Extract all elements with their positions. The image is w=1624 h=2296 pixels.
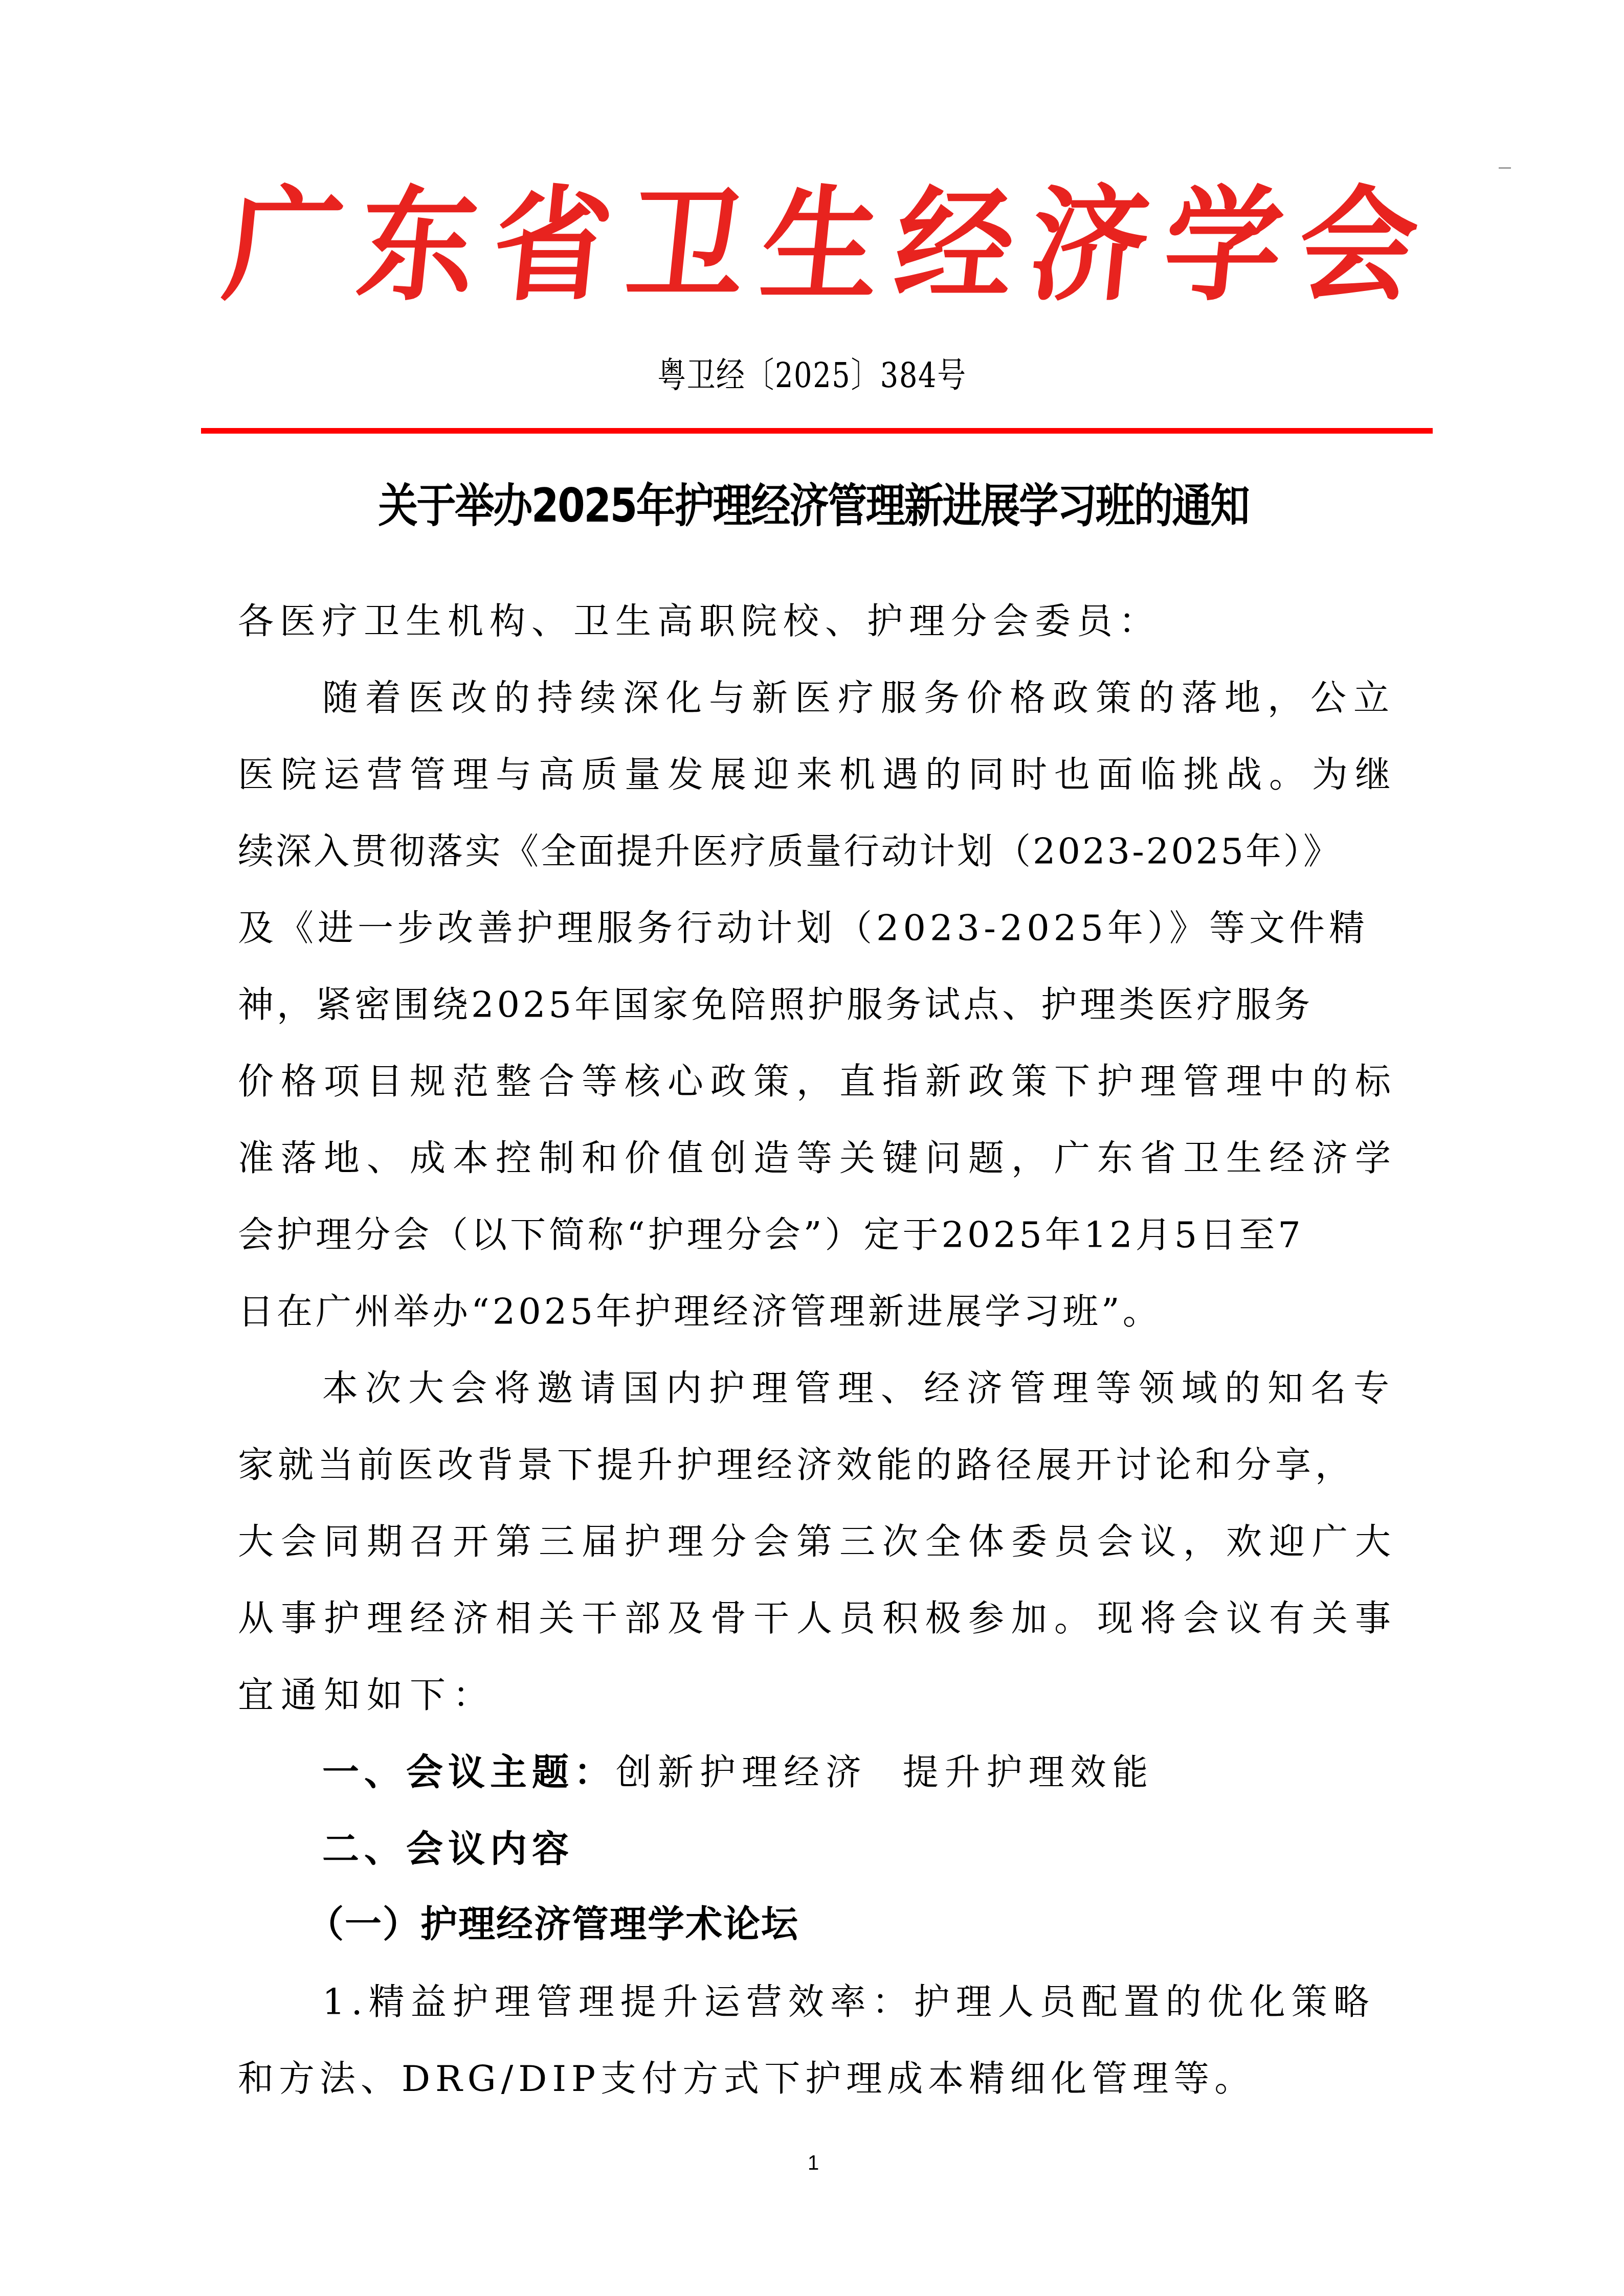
- paragraph-2-line: 从事护理经济相关干部及骨干人员积极参加。现将会议有关事: [238, 1593, 1409, 1644]
- document-page: 广 东 省 卫 生 经 济 学 会 粤卫经〔2025〕384号 关于举办2025…: [0, 0, 1624, 2296]
- organization-letterhead: 广 东 省 卫 生 经 济 学 会: [225, 174, 1417, 317]
- item-1-line: 和方法、DRG/DIP支付方式下护理成本精细化管理等。: [238, 2053, 1409, 2104]
- letterhead-char: 东: [352, 170, 484, 321]
- paragraph-text: 会护理分会（以下简称“护理分会”）定于2025年12月5日至7: [238, 1209, 1304, 1260]
- paragraph-text: 大会同期召开第三届护理分会第三次全体委员会议，欢迎广大: [238, 1516, 1398, 1567]
- paragraph-text: 日在广州举办“2025年护理经济管理新进展学习班”。: [238, 1286, 1162, 1337]
- letterhead-char: 卫: [620, 170, 753, 321]
- paragraph-text: 价格项目规范整合等核心政策，直指新政策下护理管理中的标: [238, 1056, 1398, 1107]
- paragraph-text: 准落地、成本控制和价值创造等关键问题，广东省卫生经济学: [238, 1133, 1398, 1184]
- letterhead-char: 广: [217, 170, 350, 321]
- subsection-1-label: （一）护理经济管理学术论坛: [307, 1898, 799, 1949]
- paragraph-2-line: 家就当前医改背景下提升护理经济效能的路径展开讨论和分享，: [238, 1439, 1409, 1491]
- item-text: 1.精益护理管理提升运营效率：护理人员配置的优化策略: [322, 1976, 1375, 2028]
- paragraph-text: 及《进一步改善护理服务行动计划（2023-2025年）》等文件精: [238, 903, 1369, 954]
- document-number-text: 粤卫经〔2025〕384号: [657, 353, 966, 399]
- document-title-text: 关于举办2025年护理经济管理新进展学习班的通知: [378, 476, 1249, 537]
- paragraph-1-line: 医院运营管理与高质量发展迎来机遇的同时也面临挑战。为继: [238, 749, 1409, 800]
- paragraph-1-line: 会护理分会（以下简称“护理分会”）定于2025年12月5日至7: [238, 1209, 1409, 1260]
- letterhead-char: 学: [1158, 170, 1290, 321]
- paragraph-2-line: 宜通知如下：: [238, 1670, 1409, 1721]
- subsection-1-heading: （一）护理经济管理学术论坛: [238, 1898, 1409, 1950]
- paragraph-1-line: 准落地、成本控制和价值创造等关键问题，广东省卫生经济学: [238, 1133, 1409, 1184]
- paragraph-1-line: 日在广州举办“2025年护理经济管理新进展学习班”。: [238, 1286, 1409, 1337]
- paragraph-2-line: 本次大会将邀请国内护理管理、经济管理等领域的知名专: [238, 1363, 1409, 1414]
- item-text: 和方法、DRG/DIP支付方式下护理成本精细化管理等。: [238, 2053, 1255, 2104]
- letterhead-char: 济: [1023, 170, 1155, 321]
- letterhead-char: 会: [1292, 170, 1424, 321]
- paragraph-text: 医院运营管理与高质量发展迎来机遇的同时也面临挑战。为继: [238, 749, 1398, 800]
- paragraph-1-line: 神，紧密围绕2025年国家免陪照护服务试点、护理类医疗服务: [238, 979, 1409, 1030]
- section-1-theme: 一、会议主题：创新护理经济 提升护理效能: [238, 1746, 1409, 1798]
- document-number: 粤卫经〔2025〕384号: [0, 353, 1624, 399]
- letterhead-char: 经: [889, 170, 1021, 321]
- paragraph-1-line: 及《进一步改善护理服务行动计划（2023-2025年）》等文件精: [238, 903, 1409, 954]
- letterhead-char: 生: [754, 170, 887, 321]
- letterhead-char: 省: [486, 170, 618, 321]
- paragraph-text: 宜通知如下：: [238, 1670, 496, 1721]
- item-1-line: 1.精益护理管理提升运营效率：护理人员配置的优化策略: [238, 1976, 1409, 2028]
- paragraph-1-line: 续深入贯彻落实《全面提升医疗质量行动计划（2023-2025年）》: [238, 826, 1409, 877]
- paragraph-text: 神，紧密围绕2025年国家免陪照护服务试点、护理类医疗服务: [238, 979, 1313, 1030]
- salutation: 各医疗卫生机构、卫生高职院校、护理分会委员：: [238, 596, 1409, 647]
- section-2-label: 二、会议内容: [322, 1823, 574, 1874]
- paragraph-text: 本次大会将邀请国内护理管理、经济管理等领域的知名专: [322, 1363, 1396, 1414]
- document-title: 关于举办2025年护理经济管理新进展学习班的通知: [225, 476, 1401, 537]
- paragraph-text: 从事护理经济相关干部及骨干人员积极参加。现将会议有关事: [238, 1593, 1398, 1644]
- scan-artifact-mark: [1499, 167, 1511, 169]
- salutation-text: 各医疗卫生机构、卫生高职院校、护理分会委员：: [238, 596, 1161, 647]
- paragraph-text: 家就当前医改背景下提升护理经济效能的路径展开讨论和分享，: [238, 1439, 1355, 1491]
- paragraph-text: 随着医改的持续深化与新医疗服务价格政策的落地，公立: [322, 672, 1396, 724]
- section-1-content: 创新护理经济 提升护理效能: [616, 1747, 1154, 1798]
- section-1-label: 一、会议主题：: [322, 1746, 616, 1797]
- red-divider-rule: [201, 428, 1433, 434]
- paragraph-2-line: 大会同期召开第三届护理分会第三次全体委员会议，欢迎广大: [238, 1516, 1409, 1567]
- paragraph-text: 续深入贯彻落实《全面提升医疗质量行动计划（2023-2025年）》: [238, 826, 1341, 877]
- section-2-heading: 二、会议内容: [238, 1823, 1409, 1875]
- page-number: 1: [798, 2148, 829, 2178]
- paragraph-1-line: 随着医改的持续深化与新医疗服务价格政策的落地，公立: [238, 672, 1409, 724]
- paragraph-1-line: 价格项目规范整合等核心政策，直指新政策下护理管理中的标: [238, 1056, 1409, 1107]
